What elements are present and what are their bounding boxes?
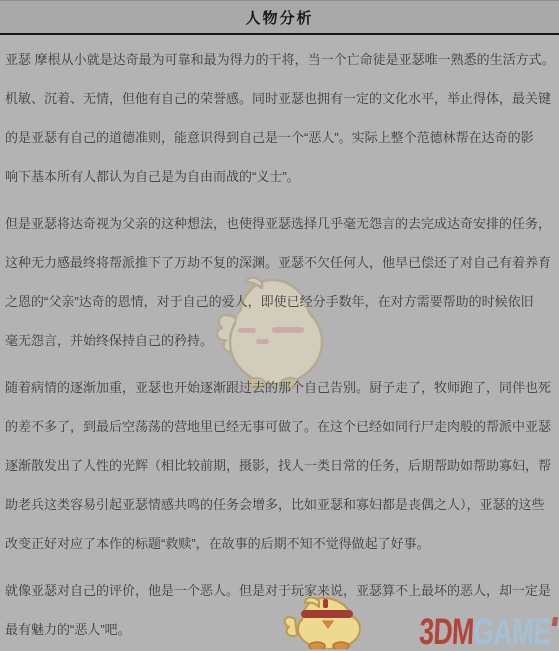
paragraph: 但是亚瑟将达奇视为父亲的这种想法，也使得亚瑟选择几乎毫无怨言的去完成达奇安排的任… [5,204,557,360]
text-line: 的差不多了，到最后空荡荡的营地里已经无事可做了。在这个已经如同行尸走肉般的帮派中… [5,407,557,446]
text-line: 亚瑟 摩根从小就是达奇最为可靠和最为得力的干将，当一个亡命徒是亚瑟唯一熟悉的生活… [5,40,557,79]
text-line: 机敏、沉着、无情，但他有自己的荣誉感。同时亚瑟也拥有一定的文化水平，举止得体，最… [5,79,557,118]
title-bar: 人物分析 [0,0,559,35]
text-line: 但是亚瑟将达奇视为父亲的这种想法，也使得亚瑟选择几乎毫无怨言的去完成达奇安排的任… [5,204,557,243]
text-line: 毫无怨言，并始终保持自己的矜持。 [5,321,557,360]
text-line: 最有魅力的“恶人”吧。 [5,610,557,649]
article-body: 亚瑟 摩根从小就是达奇最为可靠和最为得力的干将，当一个亡命徒是亚瑟唯一熟悉的生活… [0,35,559,649]
paragraph: 随着病情的逐渐加重，亚瑟也开始逐渐跟过去的那个自己告别。厨子走了，牧师跑了，同伴… [5,368,557,563]
text-line: 响下基本所有人都认为自己是为自由而战的“义士”。 [5,157,557,196]
text-line: 的是亚瑟有自己的道德准则，能意识得到自己是一个“恶人”。实际上整个范德林帮在达奇… [5,118,557,157]
text-line: 随着病情的逐渐加重，亚瑟也开始逐渐跟过去的那个自己告别。厨子走了，牧师跑了，同伴… [5,368,557,407]
text-line: 就像亚瑟对自己的评价，他是一个恶人。但是对于玩家来说，亚瑟算不上最坏的恶人，却一… [5,571,557,610]
text-line: 之恩的“父亲”达奇的恩情，对于自己的爱人，即使已经分手数年，在对方需要帮助的时候… [5,282,557,321]
page: 人物分析 [0,0,559,651]
paragraph: 亚瑟 摩根从小就是达奇最为可靠和最为得力的干将，当一个亡命徒是亚瑟唯一熟悉的生活… [5,40,557,196]
paragraph: 就像亚瑟对自己的评价，他是一个恶人。但是对于玩家来说，亚瑟算不上最坏的恶人，却一… [5,571,557,649]
page-title: 人物分析 [245,7,313,28]
text-line: 逐渐散发出了人性的光辉（相比较前期，摄影，找人一类日常的任务，后期帮助如帮助寡妇… [5,446,557,485]
text-line: 改变正好对应了本作的标题“救赎”，在故事的后期不知不觉得做起了好事。 [5,524,557,563]
text-line: 助老兵这类容易引起亚瑟情感共鸣的任务会增多，比如亚瑟和寡妇都是丧偶之人），亚瑟的… [5,485,557,524]
text-line: 这种无力感最终将帮派推下了万劫不复的深渊。亚瑟不欠任何人，他早已偿还了对自己有着… [5,243,557,282]
